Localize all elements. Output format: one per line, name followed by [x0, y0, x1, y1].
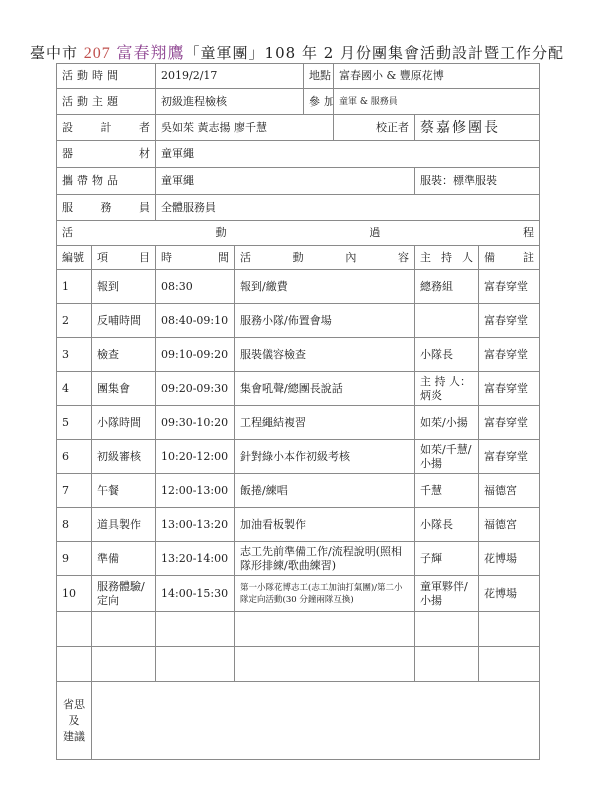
reviewer-value: 蔡嘉修團長 [415, 115, 540, 141]
row-time: 08:30 [156, 270, 235, 304]
row-content: 服裝儀容檢查 [235, 338, 415, 372]
empty-row [57, 647, 540, 682]
row-note: 富春穿堂 [479, 338, 540, 372]
row-note: 富春穿堂 [479, 270, 540, 304]
row-content: 服務小隊/佈置會場 [235, 304, 415, 338]
row-note: 福德宮 [479, 508, 540, 542]
row-content: 加油看板製作 [235, 508, 415, 542]
row-note: 富春穿堂 [479, 304, 540, 338]
col-header-note: 備註 [479, 246, 540, 270]
row-item: 午餐 [92, 474, 156, 508]
equipment-value: 童軍繩 [156, 141, 540, 168]
row-host: 主 持 人：炳炎 [415, 372, 479, 406]
col-header-content: 活動內容 [235, 246, 415, 270]
info-row-equipment: 器材 童軍繩 [57, 141, 540, 168]
row-host: 千慧 [415, 474, 479, 508]
reflection-label: 省思 及 建議 [57, 682, 92, 760]
row-item: 服務體驗/定向 [92, 576, 156, 612]
row-time: 13:00-13:20 [156, 508, 235, 542]
row-item: 準備 [92, 542, 156, 576]
title-unit-number: 207 [84, 45, 111, 62]
date-label: 活動時間 [57, 64, 156, 89]
equipment-label: 器材 [57, 141, 156, 168]
row-no: 3 [57, 338, 92, 372]
title-unit-name: 富春翔鷹 [117, 43, 185, 62]
row-item: 團集會 [92, 372, 156, 406]
activity-plan-table: 活動時間 2019/2/17 地點 富春國小 & 豐原花博 活動主題 初級進程檢… [56, 63, 540, 760]
row-content: 針對綠小本作初級考核 [235, 440, 415, 474]
row-time: 09:10-09:20 [156, 338, 235, 372]
table-row: 6 初級審核 10:20-12:00 針對綠小本作初級考核 如茱/千慧/小揚 富… [57, 440, 540, 474]
info-row-designer: 設計者 吳如茱 黃志揚 廖千慧 校正者 蔡嘉修團長 [57, 115, 540, 141]
table-row: 10 服務體驗/定向 14:00-15:30 第一小隊花博志工(志工加油打氣團)… [57, 576, 540, 612]
row-note: 富春穿堂 [479, 406, 540, 440]
info-row-date: 活動時間 2019/2/17 地點 富春國小 & 豐原花博 [57, 64, 540, 89]
row-content: 報到/繳費 [235, 270, 415, 304]
row-host: 童軍夥伴/小揚 [415, 576, 479, 612]
title-prefix: 臺中市 [30, 44, 78, 62]
row-content: 工程繩結複習 [235, 406, 415, 440]
row-host: 如茱/千慧/小揚 [415, 440, 479, 474]
row-note: 富春穿堂 [479, 440, 540, 474]
row-no: 8 [57, 508, 92, 542]
row-no: 2 [57, 304, 92, 338]
reviewer-label: 校正者 [334, 115, 415, 141]
table-row: 4 團集會 09:20-09:30 集會吼聲/總團長說話 主 持 人：炳炎 富春… [57, 372, 540, 406]
row-time: 12:00-13:00 [156, 474, 235, 508]
info-row-carry: 攜帶物品 童軍繩 服裝：標準服裝 [57, 168, 540, 195]
row-item: 報到 [92, 270, 156, 304]
info-row-theme: 活動主題 初級進程檢核 參加人數 童軍 & 服務員 [57, 89, 540, 115]
row-no: 7 [57, 474, 92, 508]
carry-value: 童軍繩 [156, 168, 415, 195]
uniform-value: 服裝：標準服裝 [415, 168, 540, 195]
row-content: 第一小隊花博志工(志工加油打氣團)/第二小隊定向活動(30 分鐘兩隊互換) [235, 576, 415, 612]
table-row: 1 報到 08:30 報到/繳費 總務組 富春穿堂 [57, 270, 540, 304]
row-no: 10 [57, 576, 92, 612]
empty-row [57, 612, 540, 647]
table-row: 2 反哺時間 08:40-09:10 服務小隊/佈置會場 富春穿堂 [57, 304, 540, 338]
row-host [415, 304, 479, 338]
row-item: 反哺時間 [92, 304, 156, 338]
participants-value: 童軍 & 服務員 [334, 89, 540, 115]
document-title: 臺中市 207 富春翔鷹「童軍團」108 年 2 月份團集會活動設計暨工作分配 [0, 40, 594, 63]
reflection-row: 省思 及 建議 [57, 682, 540, 760]
row-no: 4 [57, 372, 92, 406]
table-row: 5 小隊時間 09:30-10:20 工程繩結複習 如茱/小揚 富春穿堂 [57, 406, 540, 440]
row-no: 6 [57, 440, 92, 474]
row-time: 10:20-12:00 [156, 440, 235, 474]
title-rest: 「童軍團」108 年 2 月份團集會活動設計暨工作分配 [185, 44, 564, 62]
row-no: 1 [57, 270, 92, 304]
row-note: 富春穿堂 [479, 372, 540, 406]
designer-value: 吳如茱 黃志揚 廖千慧 [156, 115, 334, 141]
row-item: 小隊時間 [92, 406, 156, 440]
place-label: 地點 [304, 64, 334, 89]
col-header-time: 時間 [156, 246, 235, 270]
row-no: 9 [57, 542, 92, 576]
row-host: 如茱/小揚 [415, 406, 479, 440]
participants-label: 參加人數 [304, 89, 334, 115]
staff-label: 服務員 [57, 195, 156, 221]
row-time: 09:20-09:30 [156, 372, 235, 406]
reflection-content[interactable] [92, 682, 540, 760]
row-no: 5 [57, 406, 92, 440]
row-item: 道具製作 [92, 508, 156, 542]
designer-label: 設計者 [57, 115, 156, 141]
row-note: 福德宮 [479, 474, 540, 508]
row-note: 花博場 [479, 542, 540, 576]
col-header-no: 編號 [57, 246, 92, 270]
theme-value: 初級進程檢核 [156, 89, 304, 115]
row-host: 子輝 [415, 542, 479, 576]
theme-label: 活動主題 [57, 89, 156, 115]
row-time: 13:20-14:00 [156, 542, 235, 576]
table-row: 8 道具製作 13:00-13:20 加油看板製作 小隊長 福德宮 [57, 508, 540, 542]
row-time: 09:30-10:20 [156, 406, 235, 440]
table-row: 3 檢查 09:10-09:20 服裝儀容檢查 小隊長 富春穿堂 [57, 338, 540, 372]
col-header-item: 項目 [92, 246, 156, 270]
table-row: 7 午餐 12:00-13:00 飯捲/練唱 千慧 福德宮 [57, 474, 540, 508]
row-content: 志工先前準備工作/流程說明(照相隊形排練/歌曲練習) [235, 542, 415, 576]
row-time: 08:40-09:10 [156, 304, 235, 338]
process-header-row: 活動過程 [57, 221, 540, 246]
date-value: 2019/2/17 [156, 64, 304, 89]
table-row: 9 準備 13:20-14:00 志工先前準備工作/流程說明(照相隊形排練/歌曲… [57, 542, 540, 576]
row-time: 14:00-15:30 [156, 576, 235, 612]
row-item: 初級審核 [92, 440, 156, 474]
carry-label: 攜帶物品 [57, 168, 156, 195]
place-value: 富春國小 & 豐原花博 [334, 64, 540, 89]
row-host: 小隊長 [415, 338, 479, 372]
col-header-host: 主持人 [415, 246, 479, 270]
staff-value: 全體服務員 [156, 195, 540, 221]
row-content: 飯捲/練唱 [235, 474, 415, 508]
process-header: 活動過程 [57, 221, 540, 246]
info-row-staff: 服務員 全體服務員 [57, 195, 540, 221]
row-content: 集會吼聲/總團長說話 [235, 372, 415, 406]
column-header-row: 編號 項目 時間 活動內容 主持人 備註 [57, 246, 540, 270]
row-note: 花博場 [479, 576, 540, 612]
row-host: 總務組 [415, 270, 479, 304]
row-item: 檢查 [92, 338, 156, 372]
row-host: 小隊長 [415, 508, 479, 542]
